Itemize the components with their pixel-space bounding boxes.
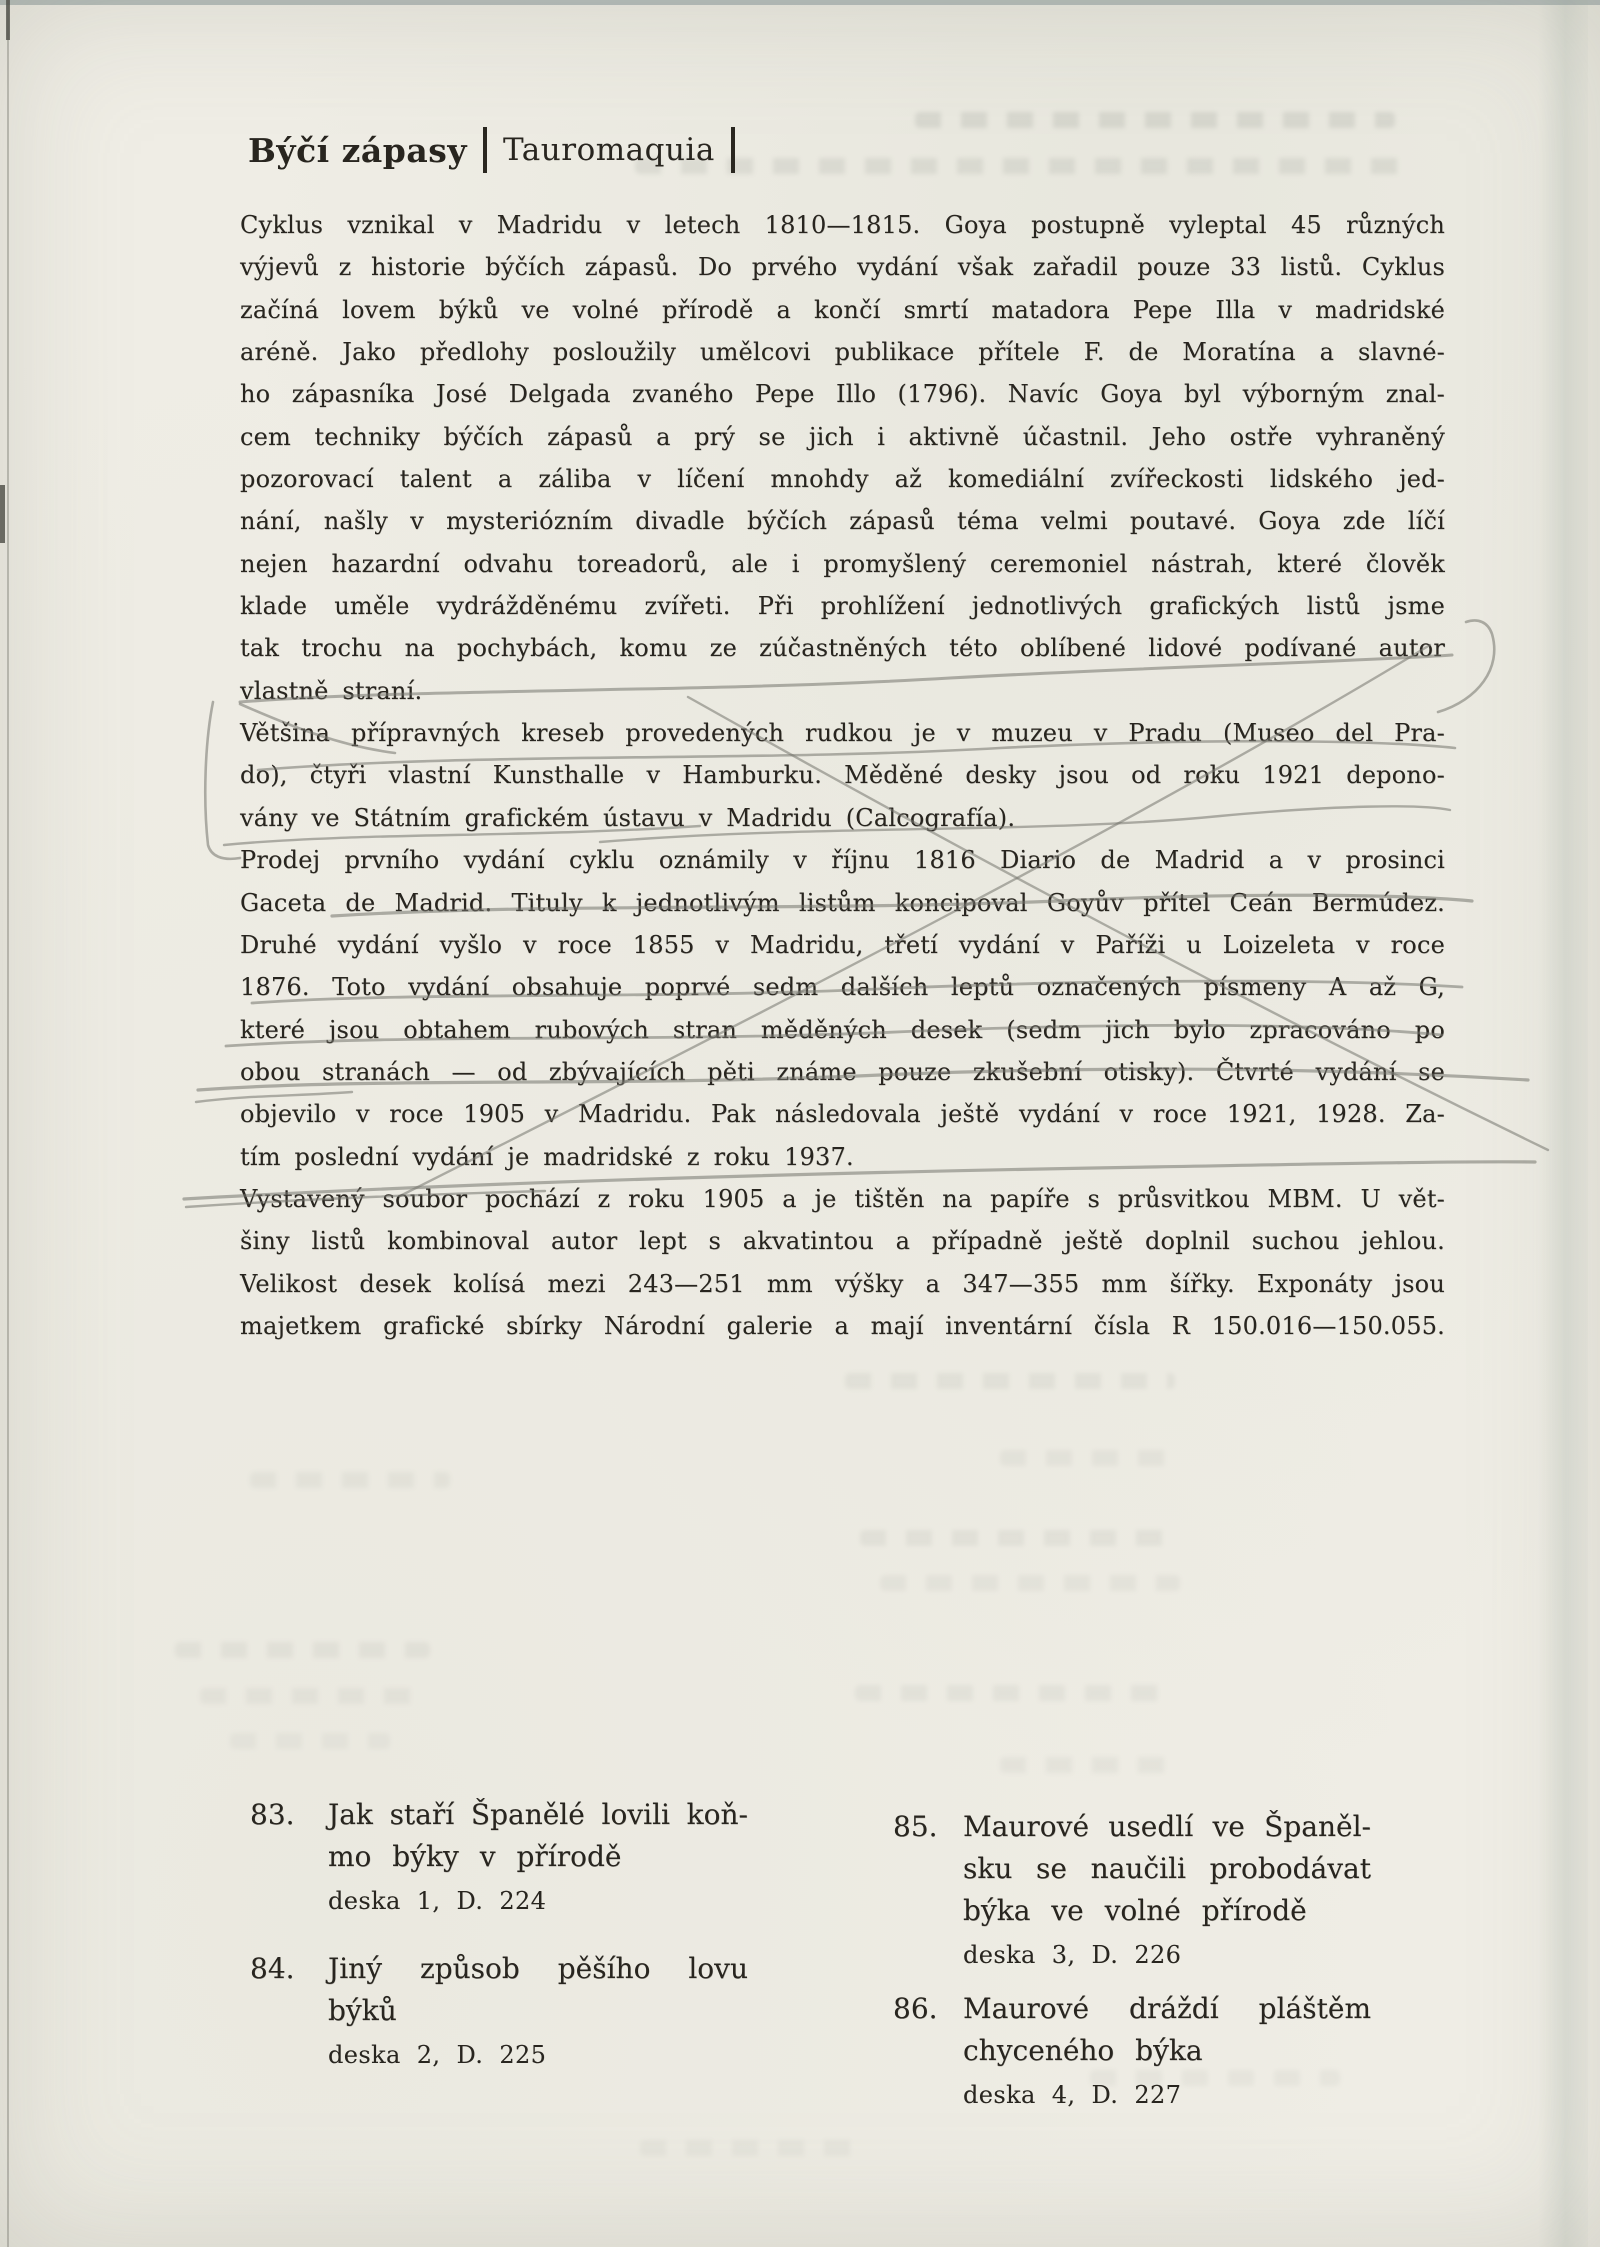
text-line: Gaceta de Madrid. Tituly k jednotlivým l… <box>240 882 1445 924</box>
catalog-title-line: býků <box>328 1990 748 2032</box>
text-line: majetkem grafické sbírky Národní galerie… <box>240 1305 1445 1347</box>
scan-artifact <box>6 0 10 40</box>
text-line: které jsou obtahem rubových stran měděný… <box>240 1009 1445 1051</box>
title-separator-bar-left <box>483 127 487 173</box>
section-title: Býčí zápasy Tauromaquia <box>248 124 735 176</box>
scan-edge-strip <box>0 0 1600 5</box>
scan-shading-band <box>1538 0 1588 2247</box>
catalog-number: 84. <box>250 1948 295 1990</box>
catalog-plate-note: deska 1, D. 224 <box>328 1886 748 1916</box>
catalog-title-line: Maurové usedlí ve Španěl- <box>963 1806 1371 1848</box>
catalog-title-line: Jak staří Španělé lovili koň- <box>328 1794 748 1836</box>
text-line: Vystavený soubor pochází z roku 1905 a j… <box>240 1178 1445 1220</box>
text-line: vlastně straní. <box>240 670 1445 712</box>
showthrough-smudge <box>200 1688 430 1704</box>
catalog-item: 84.Jiný způsob pěšího lovubýkůdeska 2, D… <box>250 1948 748 2070</box>
catalog-item: 86.Maurové dráždí pláštěmchyceného býkad… <box>893 1988 1371 2110</box>
showthrough-smudge <box>635 158 1405 174</box>
text-line: tak trochu na pochybách, komu ze zúčastn… <box>240 627 1445 669</box>
catalog-item: 85.Maurové usedlí ve Španěl-sku se nauči… <box>893 1806 1371 1970</box>
text-line: Velikost desek kolísá mezi 243—251 mm vý… <box>240 1263 1445 1305</box>
text-line: Druhé vydání vyšlo v roce 1855 v Madridu… <box>240 924 1445 966</box>
showthrough-smudge <box>230 1733 390 1749</box>
catalog-title-line: chyceného býka <box>963 2030 1371 2072</box>
text-line: vány ve Státním grafickém ústavu v Madri… <box>240 797 1445 839</box>
catalog-title-line: Maurové dráždí pláštěm <box>963 1988 1371 2030</box>
showthrough-smudge <box>1000 1450 1180 1466</box>
showthrough-smudge <box>845 1373 1175 1389</box>
title-separator-bar-right <box>731 127 735 173</box>
text-line: tím poslední vydání je madridské z roku … <box>240 1136 1445 1178</box>
text-line: Většina přípravných kreseb provedených r… <box>240 712 1445 754</box>
showthrough-smudge <box>1000 1757 1170 1773</box>
catalog-plate-note: deska 2, D. 225 <box>328 2040 748 2070</box>
catalog-title-line: mo býky v přírodě <box>328 1836 748 1878</box>
catalog-item: 83.Jak staří Španělé lovili koň-mo býky … <box>250 1794 748 1916</box>
text-line: nání, našly v mysteriózním divadle býčíc… <box>240 500 1445 542</box>
text-line: Prodej prvního vydání cyklu oznámily v ř… <box>240 839 1445 881</box>
text-line: ho zápasníka José Delgada zvaného Pepe I… <box>240 373 1445 415</box>
catalog-title-line: sku se naučili probodávat <box>963 1848 1371 1890</box>
page-crease-line <box>7 0 9 2247</box>
text-line: klade uměle vydrážděnému zvířeti. Při pr… <box>240 585 1445 627</box>
text-line: šiny listů kombinoval autor lept s akvat… <box>240 1220 1445 1262</box>
showthrough-smudge <box>640 2140 860 2156</box>
scan-artifact <box>0 485 5 543</box>
catalog-number: 85. <box>893 1806 938 1848</box>
text-line: 1876. Toto vydání obsahuje poprvé sedm d… <box>240 966 1445 1008</box>
intro-text: Cyklus vznikal v Madridu v letech 1810—1… <box>240 204 1445 1347</box>
showthrough-smudge <box>175 1642 430 1658</box>
showthrough-smudge <box>855 1685 1170 1701</box>
title-czech: Býčí zápasy <box>248 131 467 170</box>
text-line: začíná lovem býků ve volné přírodě a kon… <box>240 289 1445 331</box>
showthrough-smudge <box>250 1472 450 1488</box>
catalog-plate-note: deska 4, D. 227 <box>963 2080 1371 2110</box>
scanned-page: Býčí zápasy Tauromaquia Cyklus vznikal v… <box>0 0 1600 2247</box>
showthrough-smudge <box>860 1530 1180 1546</box>
catalog-title-line: Jiný způsob pěšího lovu <box>328 1948 748 1990</box>
text-line: výjevů z historie býčích zápasů. Do prvé… <box>240 246 1445 288</box>
showthrough-smudge <box>915 112 1395 128</box>
text-line: obou stranách — od zbývajících pěti znám… <box>240 1051 1445 1093</box>
text-line: do), čtyři vlastní Kunsthalle v Hamburku… <box>240 754 1445 796</box>
catalog-title-line: býka ve volné přírodě <box>963 1890 1371 1932</box>
text-line: objevilo v roce 1905 v Madridu. Pak násl… <box>240 1093 1445 1135</box>
catalog-number: 86. <box>893 1988 938 2030</box>
text-line: Cyklus vznikal v Madridu v letech 1810—1… <box>240 204 1445 246</box>
catalog-plate-note: deska 3, D. 226 <box>963 1940 1371 1970</box>
showthrough-smudge <box>880 1575 1180 1591</box>
text-line: pozorovací talent a záliba v líčení mnoh… <box>240 458 1445 500</box>
text-line: aréně. Jako předlohy posloužily umělcovi… <box>240 331 1445 373</box>
text-line: cem techniky býčích zápasů a prý se jich… <box>240 416 1445 458</box>
catalog-number: 83. <box>250 1794 295 1836</box>
title-latin: Tauromaquia <box>503 132 715 168</box>
text-line: nejen hazardní odvahu toreadorů, ale i p… <box>240 543 1445 585</box>
